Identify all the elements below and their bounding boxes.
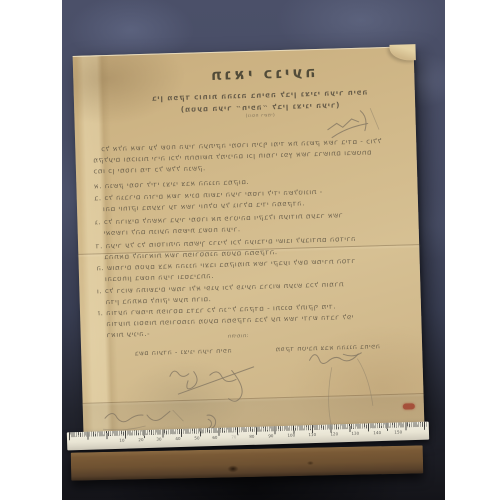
ruler-number: 70 <box>231 436 236 441</box>
photo-scene: תנאי כניעה בין מפקד כוחות ההגנה בחיפה לב… <box>0 0 500 500</box>
ruler-number: 110 <box>309 433 317 438</box>
document-paper: תנאי כניעה בין מפקד כוחות ההגנה בחיפה לב… <box>73 46 425 434</box>
ruler-number: 50 <box>194 437 199 442</box>
pencil-scribble-top-right <box>328 119 359 130</box>
ruler-number: 150 <box>395 431 403 436</box>
closing-role-left: בשם הועדה - נציגי העיר חיפה <box>134 346 256 358</box>
closing-role-right: מפקד חטיבת צבא ההגנה בחיפה <box>275 342 399 354</box>
ruler-number: 40 <box>175 437 180 442</box>
document-title: תנאי כניעה <box>113 60 410 87</box>
red-stamp-mark <box>403 403 415 409</box>
ruler-number: 30 <box>157 438 162 443</box>
photo-backdrop: תנאי כניעה בין מפקד כוחות ההגנה בחיפה לב… <box>62 0 445 500</box>
ruler-number: 10 <box>119 439 124 444</box>
pencil-signature-left <box>170 371 189 377</box>
ruler-number: 20 <box>138 438 143 443</box>
ruler-number: 130 <box>352 432 360 437</box>
wooden-block <box>71 445 424 480</box>
ruler-number: 120 <box>330 433 338 438</box>
ruler-number: 90 <box>268 434 273 439</box>
ruler-number: 140 <box>373 431 381 436</box>
ruler-number: 80 <box>250 435 255 440</box>
ruler-number: 60 <box>212 436 217 441</box>
pencil-signature-right <box>309 353 358 364</box>
paper-corner-curl <box>389 44 415 61</box>
ruler-number: 100 <box>287 434 295 439</box>
signature-heading: חתימות: <box>211 333 265 341</box>
